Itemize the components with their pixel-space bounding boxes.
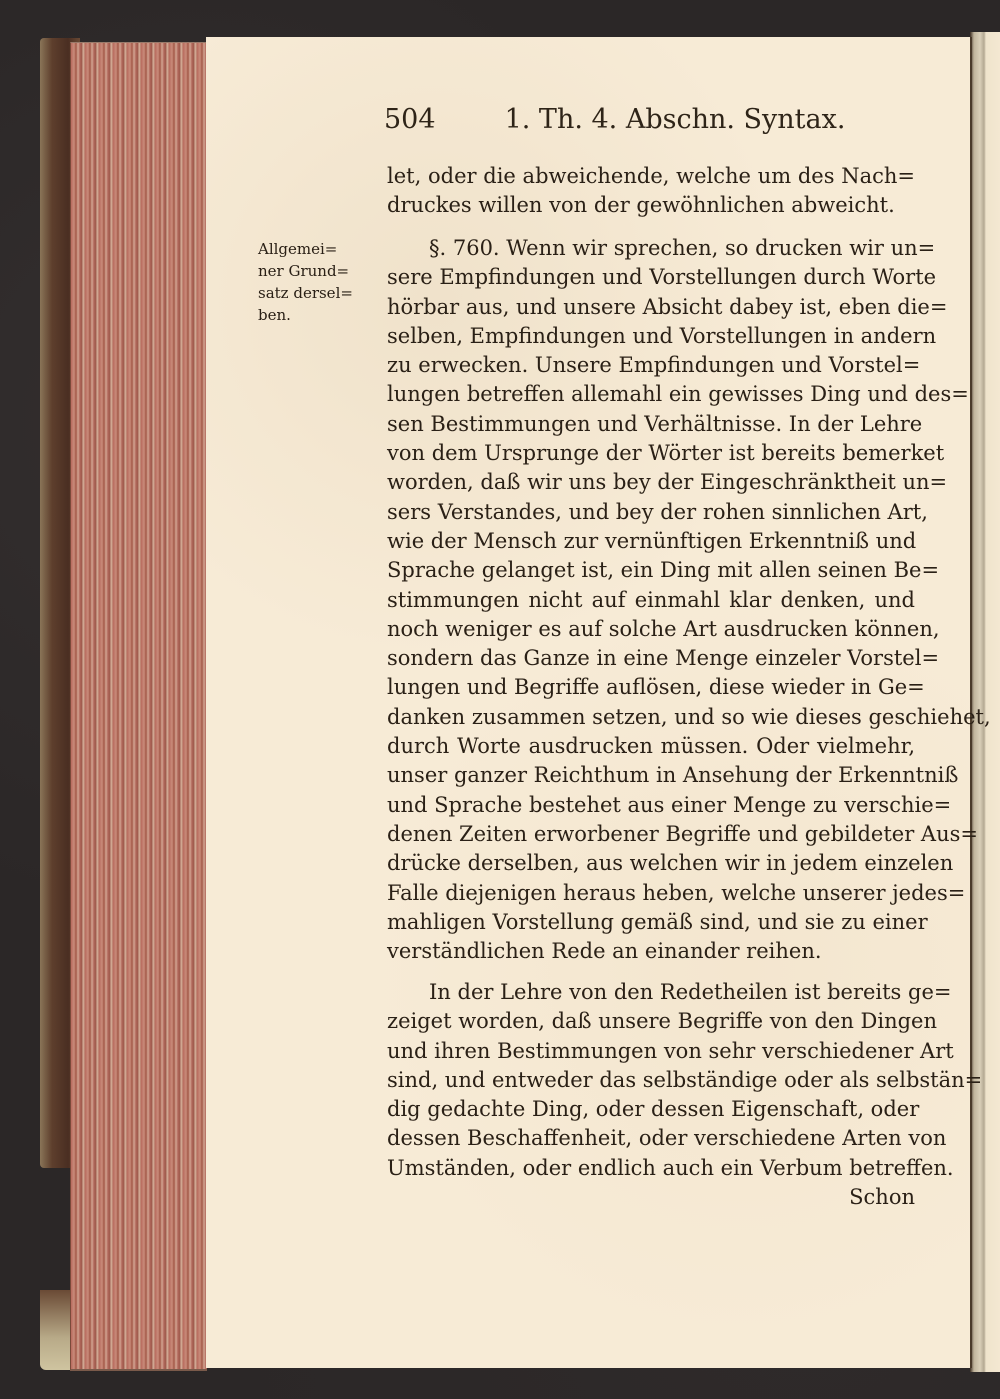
running-header: 504 1. Th. 4. Abschn. Syntax. xyxy=(384,104,824,135)
text-line: lungen und Begriffe auflösen, diese wied… xyxy=(387,673,915,702)
page-edges-red xyxy=(70,42,207,1371)
text-line: durch Worte ausdrucken müssen. Oder viel… xyxy=(387,732,915,761)
text-line: hörbar aus, und unsere Absicht dabey ist… xyxy=(387,293,915,322)
marginal-line: Allgemei= xyxy=(258,238,378,260)
catchword: Schon xyxy=(387,1183,915,1212)
text-line: zu erwecken. Unsere Empfindungen und Vor… xyxy=(387,351,915,380)
text-line: sondern das Ganze in eine Menge einzeler… xyxy=(387,644,915,673)
text-line: selben, Empfindungen und Vorstellungen i… xyxy=(387,322,915,351)
text-line: dig gedachte Ding, oder dessen Eigenscha… xyxy=(387,1095,915,1124)
text-line: noch weniger es auf solche Art ausdrucke… xyxy=(387,615,915,644)
text-line: denen Zeiten erworbener Begriffe und geb… xyxy=(387,820,915,849)
paragraph-continuation: let, oder die abweichende, welche um des… xyxy=(387,162,915,221)
running-title: 1. Th. 4. Abschn. Syntax. xyxy=(505,104,846,135)
text-line: von dem Ursprunge der Wörter ist bereits… xyxy=(387,439,915,468)
text-line: danken zusammen setzen, und so wie diese… xyxy=(387,703,915,732)
marginal-line: satz dersel= xyxy=(258,282,378,304)
text-line: und Sprache bestehet aus einer Menge zu … xyxy=(387,791,915,820)
text-line: und ihren Bestimmungen von sehr verschie… xyxy=(387,1037,915,1066)
text-line: worden, daß wir uns bey der Eingeschränk… xyxy=(387,468,915,497)
text-line: sind, und entweder das selbständige oder… xyxy=(387,1066,915,1095)
text-line: verständlichen Rede an einander reihen. xyxy=(387,937,915,966)
text-line: wie der Mensch zur vernünftigen Erkenntn… xyxy=(387,527,915,556)
text-line: Falle diejenigen heraus heben, welche un… xyxy=(387,879,915,908)
text-line: sere Empfindungen und Vorstellungen durc… xyxy=(387,263,915,292)
facing-page-edge xyxy=(970,32,1000,1372)
text-line: let, oder die abweichende, welche um des… xyxy=(387,162,915,191)
text-line: stimmungen nicht auf einmahl klar denken… xyxy=(387,586,915,615)
text-line: sen Bestimmungen und Verhältnisse. In de… xyxy=(387,410,915,439)
redetheile-paragraph: In der Lehre von den Redetheilen ist ber… xyxy=(387,978,915,1212)
text-line: lungen betreffen allemahl ein gewisses D… xyxy=(387,380,915,409)
text-line: In der Lehre von den Redetheilen ist ber… xyxy=(387,978,915,1007)
text-line: dessen Beschaffenheit, oder verschiedene… xyxy=(387,1124,915,1153)
text-line: drücke derselben, aus welchen wir in jed… xyxy=(387,849,915,878)
section-760-paragraph: §. 760. Wenn wir sprechen, so drucken wi… xyxy=(387,234,915,966)
marginal-line: ner Grund= xyxy=(258,260,378,282)
text-line: Sprache gelanget ist, ein Ding mit allen… xyxy=(387,556,915,585)
text-line: Umständen, oder endlich auch ein Verbum … xyxy=(387,1154,915,1183)
text-line: unser ganzer Reichthum in Ansehung der E… xyxy=(387,761,915,790)
marginal-note: Allgemei= ner Grund= satz dersel= ben. xyxy=(258,238,378,326)
text-line: sers Verstandes, und bey der rohen sinnl… xyxy=(387,498,915,527)
text-line: zeiget worden, daß unsere Begriffe von d… xyxy=(387,1007,915,1036)
text-line: druckes willen von der gewöhnlichen abwe… xyxy=(387,191,915,220)
marginal-line: ben. xyxy=(258,304,378,326)
text-line: mahligen Vorstellung gemäß sind, und sie… xyxy=(387,908,915,937)
text-line: §. 760. Wenn wir sprechen, so drucken wi… xyxy=(387,234,915,263)
page-number: 504 xyxy=(384,104,496,135)
